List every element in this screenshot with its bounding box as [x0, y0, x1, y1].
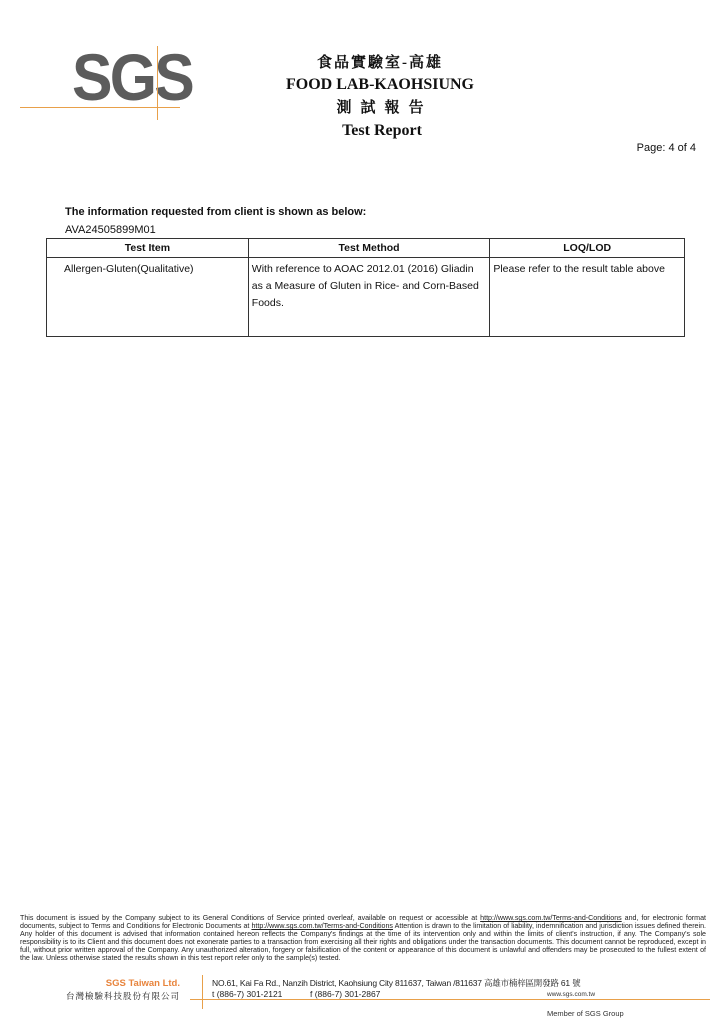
terms-link-2[interactable]: http://www.sgs.com.tw/Terms-and-Conditio… — [251, 922, 393, 930]
company-name-en: SGS Taiwan Ltd. — [60, 978, 180, 990]
client-info-table: Test Item Test Method LOQ/LOD Allergen-G… — [46, 238, 685, 337]
lab-title-en: FOOD LAB-KAOHSIUNG — [250, 74, 510, 96]
lab-title-cn: 食品實驗室-高雄 — [250, 52, 510, 74]
intro-text: The information requested from client is… — [65, 206, 366, 218]
cell-test-method: With reference to AOAC 2012.01 (2016) Gl… — [248, 258, 490, 337]
legal-disclaimer: This document is issued by the Company s… — [20, 914, 706, 963]
company-phone: t (886-7) 301-2121 — [212, 989, 282, 999]
cell-loq-lod: Please refer to the result table above — [490, 258, 685, 337]
logo-text: SGS — [72, 44, 192, 110]
header-test-item: Test Item — [47, 239, 249, 258]
report-title-cn: 測試報告 — [250, 96, 510, 120]
company-website: www.sgs.com.tw — [547, 991, 595, 998]
footer-horizontal-rule — [190, 999, 710, 1000]
reference-number: AVA24505899M01 — [65, 224, 156, 236]
header-loq-lod: LOQ/LOD — [490, 239, 685, 258]
cell-test-item: Allergen-Gluten(Qualitative) — [47, 258, 249, 337]
table-row: Allergen-Gluten(Qualitative) With refere… — [47, 258, 685, 337]
header-test-method: Test Method — [248, 239, 490, 258]
member-of-group: Member of SGS Group — [547, 1009, 624, 1018]
disclaimer-text-1: This document is issued by the Company s… — [20, 914, 480, 922]
table-header-row: Test Item Test Method LOQ/LOD — [47, 239, 685, 258]
company-name: SGS Taiwan Ltd. 台灣檢驗科技股份有限公司 — [60, 978, 180, 1002]
footer-vertical-rule — [202, 975, 203, 1009]
terms-link-1[interactable]: http://www.sgs.com.tw/Terms-and-Conditio… — [480, 914, 622, 922]
report-header: 食品實驗室-高雄 FOOD LAB-KAOHSIUNG 測試報告 Test Re… — [250, 52, 510, 142]
company-name-cn: 台灣檢驗科技股份有限公司 — [60, 990, 180, 1002]
logo-horizontal-rule — [20, 107, 180, 108]
company-fax: f (886-7) 301-2867 — [310, 989, 380, 999]
report-title-en: Test Report — [250, 120, 510, 142]
sgs-logo: SGS — [20, 40, 185, 120]
page-number: Page: 4 of 4 — [637, 142, 696, 154]
logo-vertical-rule — [157, 46, 158, 120]
company-address: NO.61, Kai Fa Rd., Nanzih District, Kaoh… — [212, 977, 580, 989]
